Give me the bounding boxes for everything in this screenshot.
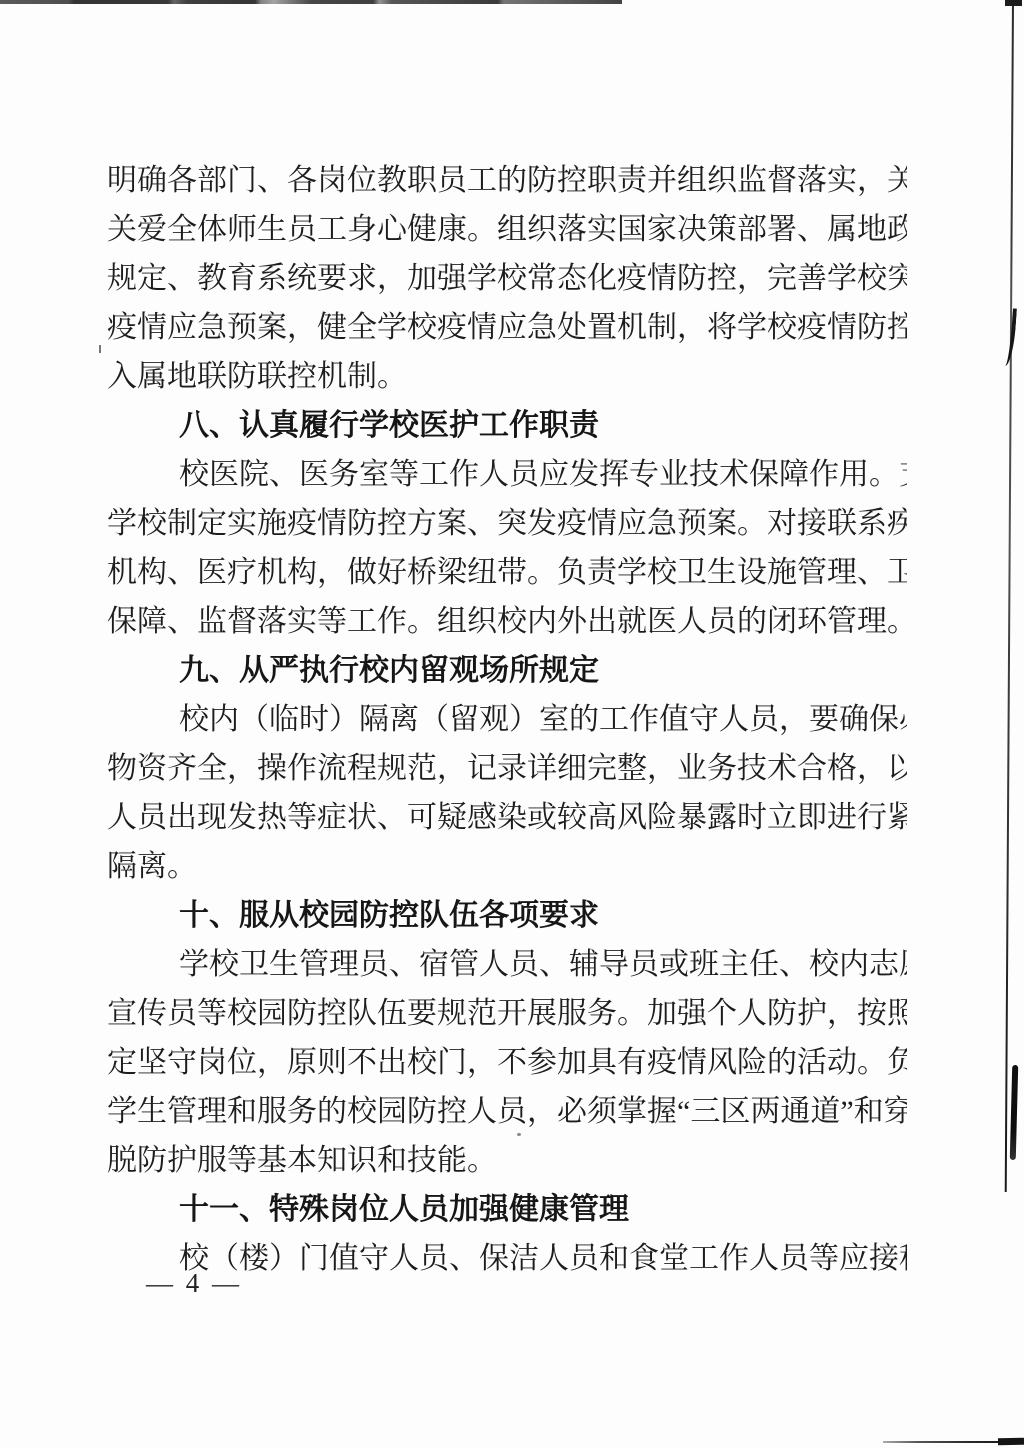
text-line: 关爱全体师生员工身心健康。组织落实国家决策部署、属地政策: [107, 205, 907, 254]
text-line: 学生管理和服务的校园防控人员，必须掌握“三区两通道”和穿: [107, 1087, 907, 1136]
text-line: 保障、监督落实等工作。组织校内外出就医人员的闭环管理。: [107, 597, 907, 646]
text-line: 校内（临时）隔离（留观）室的工作值守人员，要确保必备: [107, 695, 907, 744]
text-line: 机构、医疗机构，做好桥梁纽带。负责学校卫生设施管理、卫生: [107, 548, 907, 597]
text-line: 学校卫生管理员、宿管人员、辅导员或班主任、校内志愿者、: [107, 940, 907, 989]
scan-artifact-bottom-right-line: [883, 1441, 1024, 1443]
text-line: 入属地联防联控机制。: [107, 352, 907, 401]
section-heading: 十一、特殊岗位人员加强健康管理: [107, 1185, 907, 1234]
text-line: 人员出现发热等症状、可疑感染或较高风险暴露时立即进行紧急: [107, 793, 907, 842]
scan-artifact-left-edge-speck: [99, 345, 101, 353]
scan-artifact-right-line-top-hook: [1005, 0, 1022, 6]
document-page: 明确各部门、各岗位教职员工的防控职责并组织监督落实，关心关爱全体师生员工身心健康…: [0, 0, 1024, 1448]
section-heading: 九、从严执行校内留观场所规定: [107, 646, 907, 695]
section-heading: 十、服从校园防控队伍各项要求: [107, 891, 907, 940]
text-line: 疫情应急预案，健全学校疫情应急处置机制，将学校疫情防控纳: [107, 303, 907, 352]
text-line: 脱防护服等基本知识和技能。: [107, 1136, 907, 1185]
scan-artifact-top-edge-line: [0, 0, 622, 4]
text-line: 定坚守岗位，原则不出校门，不参加具有疫情风险的活动。负责: [107, 1038, 907, 1087]
text-line: 隔离。: [107, 842, 907, 891]
text-line: 校医院、医务室等工作人员应发挥专业技术保障作用。支持: [107, 450, 907, 499]
text-line: 明确各部门、各岗位教职员工的防控职责并组织监督落实，关心: [107, 156, 907, 205]
scan-artifact-right-line-curve: [997, 308, 1017, 367]
section-heading: 八、认真履行学校医护工作职责: [107, 401, 907, 450]
text-line: 宣传员等校园防控队伍要规范开展服务。加强个人防护，按照规: [107, 989, 907, 1038]
document-body: 明确各部门、各岗位教职员工的防控职责并组织监督落实，关心关爱全体师生员工身心健康…: [107, 156, 907, 1283]
scan-artifact-right-fold-line: [1005, 0, 1014, 1192]
text-line: 规定、教育系统要求，加强学校常态化疫情防控，完善学校突发: [107, 254, 907, 303]
text-line: 物资齐全，操作流程规范，记录详细完整，业务技术合格，以备: [107, 744, 907, 793]
page-number: — 4 —: [146, 1268, 242, 1299]
scan-artifact-right-line-blob: [1010, 1065, 1018, 1160]
scan-artifact-bottom-right-cap: [998, 1438, 1024, 1445]
text-line: 学校制定实施疫情防控方案、突发疫情应急预案。对接联系疾控: [107, 499, 907, 548]
